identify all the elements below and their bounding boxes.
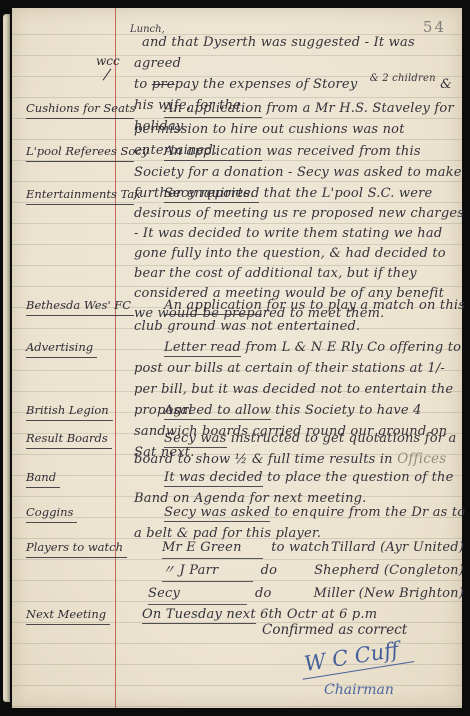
minute-book-page: 54 Lunch, wcc and that Dyserth was sugge… <box>12 8 462 708</box>
top-line2-pre: to <box>134 77 152 92</box>
confirmed-as-correct: Confirmed as correct <box>262 622 407 638</box>
margin-heading: Result Boards <box>26 428 112 449</box>
minute-opening: Secy was asked <box>164 505 270 522</box>
minute-opening: Secy was <box>164 431 227 448</box>
action: to watch <box>271 537 331 559</box>
minute-opening: Secy reported <box>164 186 259 203</box>
pencil-annotation: Offices <box>397 451 446 467</box>
struck-word: pre <box>152 77 175 92</box>
minute-opening: On Tuesday next <box>142 607 256 624</box>
margin-heading: Players to watch <box>26 537 127 558</box>
watcher: 〃 J Parr <box>162 560 253 582</box>
player-target: Miller (New Brighton) <box>313 583 464 605</box>
margin-heading: Cushions for Seats <box>26 98 134 119</box>
margin-heading: Entertainments Tax <box>26 184 134 205</box>
watcher: Secy <box>148 583 247 605</box>
margin-heading: Coggins <box>26 502 77 523</box>
top-line2-mid: pay the expenses of Storey <box>175 77 362 92</box>
correction-initials: wcc <box>96 54 120 68</box>
margin-heading: L'pool Referees Socy <box>26 141 134 162</box>
minute-text: 6th Octr at 6 p.m <box>256 607 378 622</box>
minute-opening: It was decided <box>164 470 263 487</box>
minute-opening: An application <box>164 144 262 161</box>
margin-heading: Band <box>26 467 60 488</box>
margin-heading: Next Meeting <box>26 604 110 625</box>
action: do <box>261 560 314 582</box>
adjacent-page-edge <box>3 14 10 702</box>
minute-opening: An application <box>164 298 262 315</box>
margin-heading: Advertising <box>26 337 97 358</box>
correction-slash <box>103 68 112 80</box>
action: do <box>255 583 313 605</box>
player-row: 〃 J Parr do Shepherd (Congleton) <box>134 560 464 582</box>
player-row: Secy do Miller (New Brighton) <box>134 583 464 605</box>
inserted-children: & 2 children <box>362 74 436 84</box>
watcher: Mr E Green <box>162 537 263 559</box>
player-target: Shepherd (Congleton) <box>314 560 464 582</box>
chairman-role-label: Chairman <box>324 682 394 698</box>
minute-opening: An application <box>164 101 262 118</box>
chairman-signature: W C Cuff <box>299 635 415 679</box>
player-row: Mr E Green to watch Tillard (Ayr United) <box>134 537 464 559</box>
margin-heading: Bethesda Wes' FC <box>26 295 134 316</box>
minute-opening: Letter read <box>164 340 241 357</box>
top-line1: and that Dyserth was suggested - It was … <box>134 35 415 71</box>
player-target: Tillard (Ayr United) <box>331 537 464 559</box>
margin-heading: British Legion <box>26 400 113 421</box>
minute-opening: Agreed to allow <box>164 403 271 420</box>
